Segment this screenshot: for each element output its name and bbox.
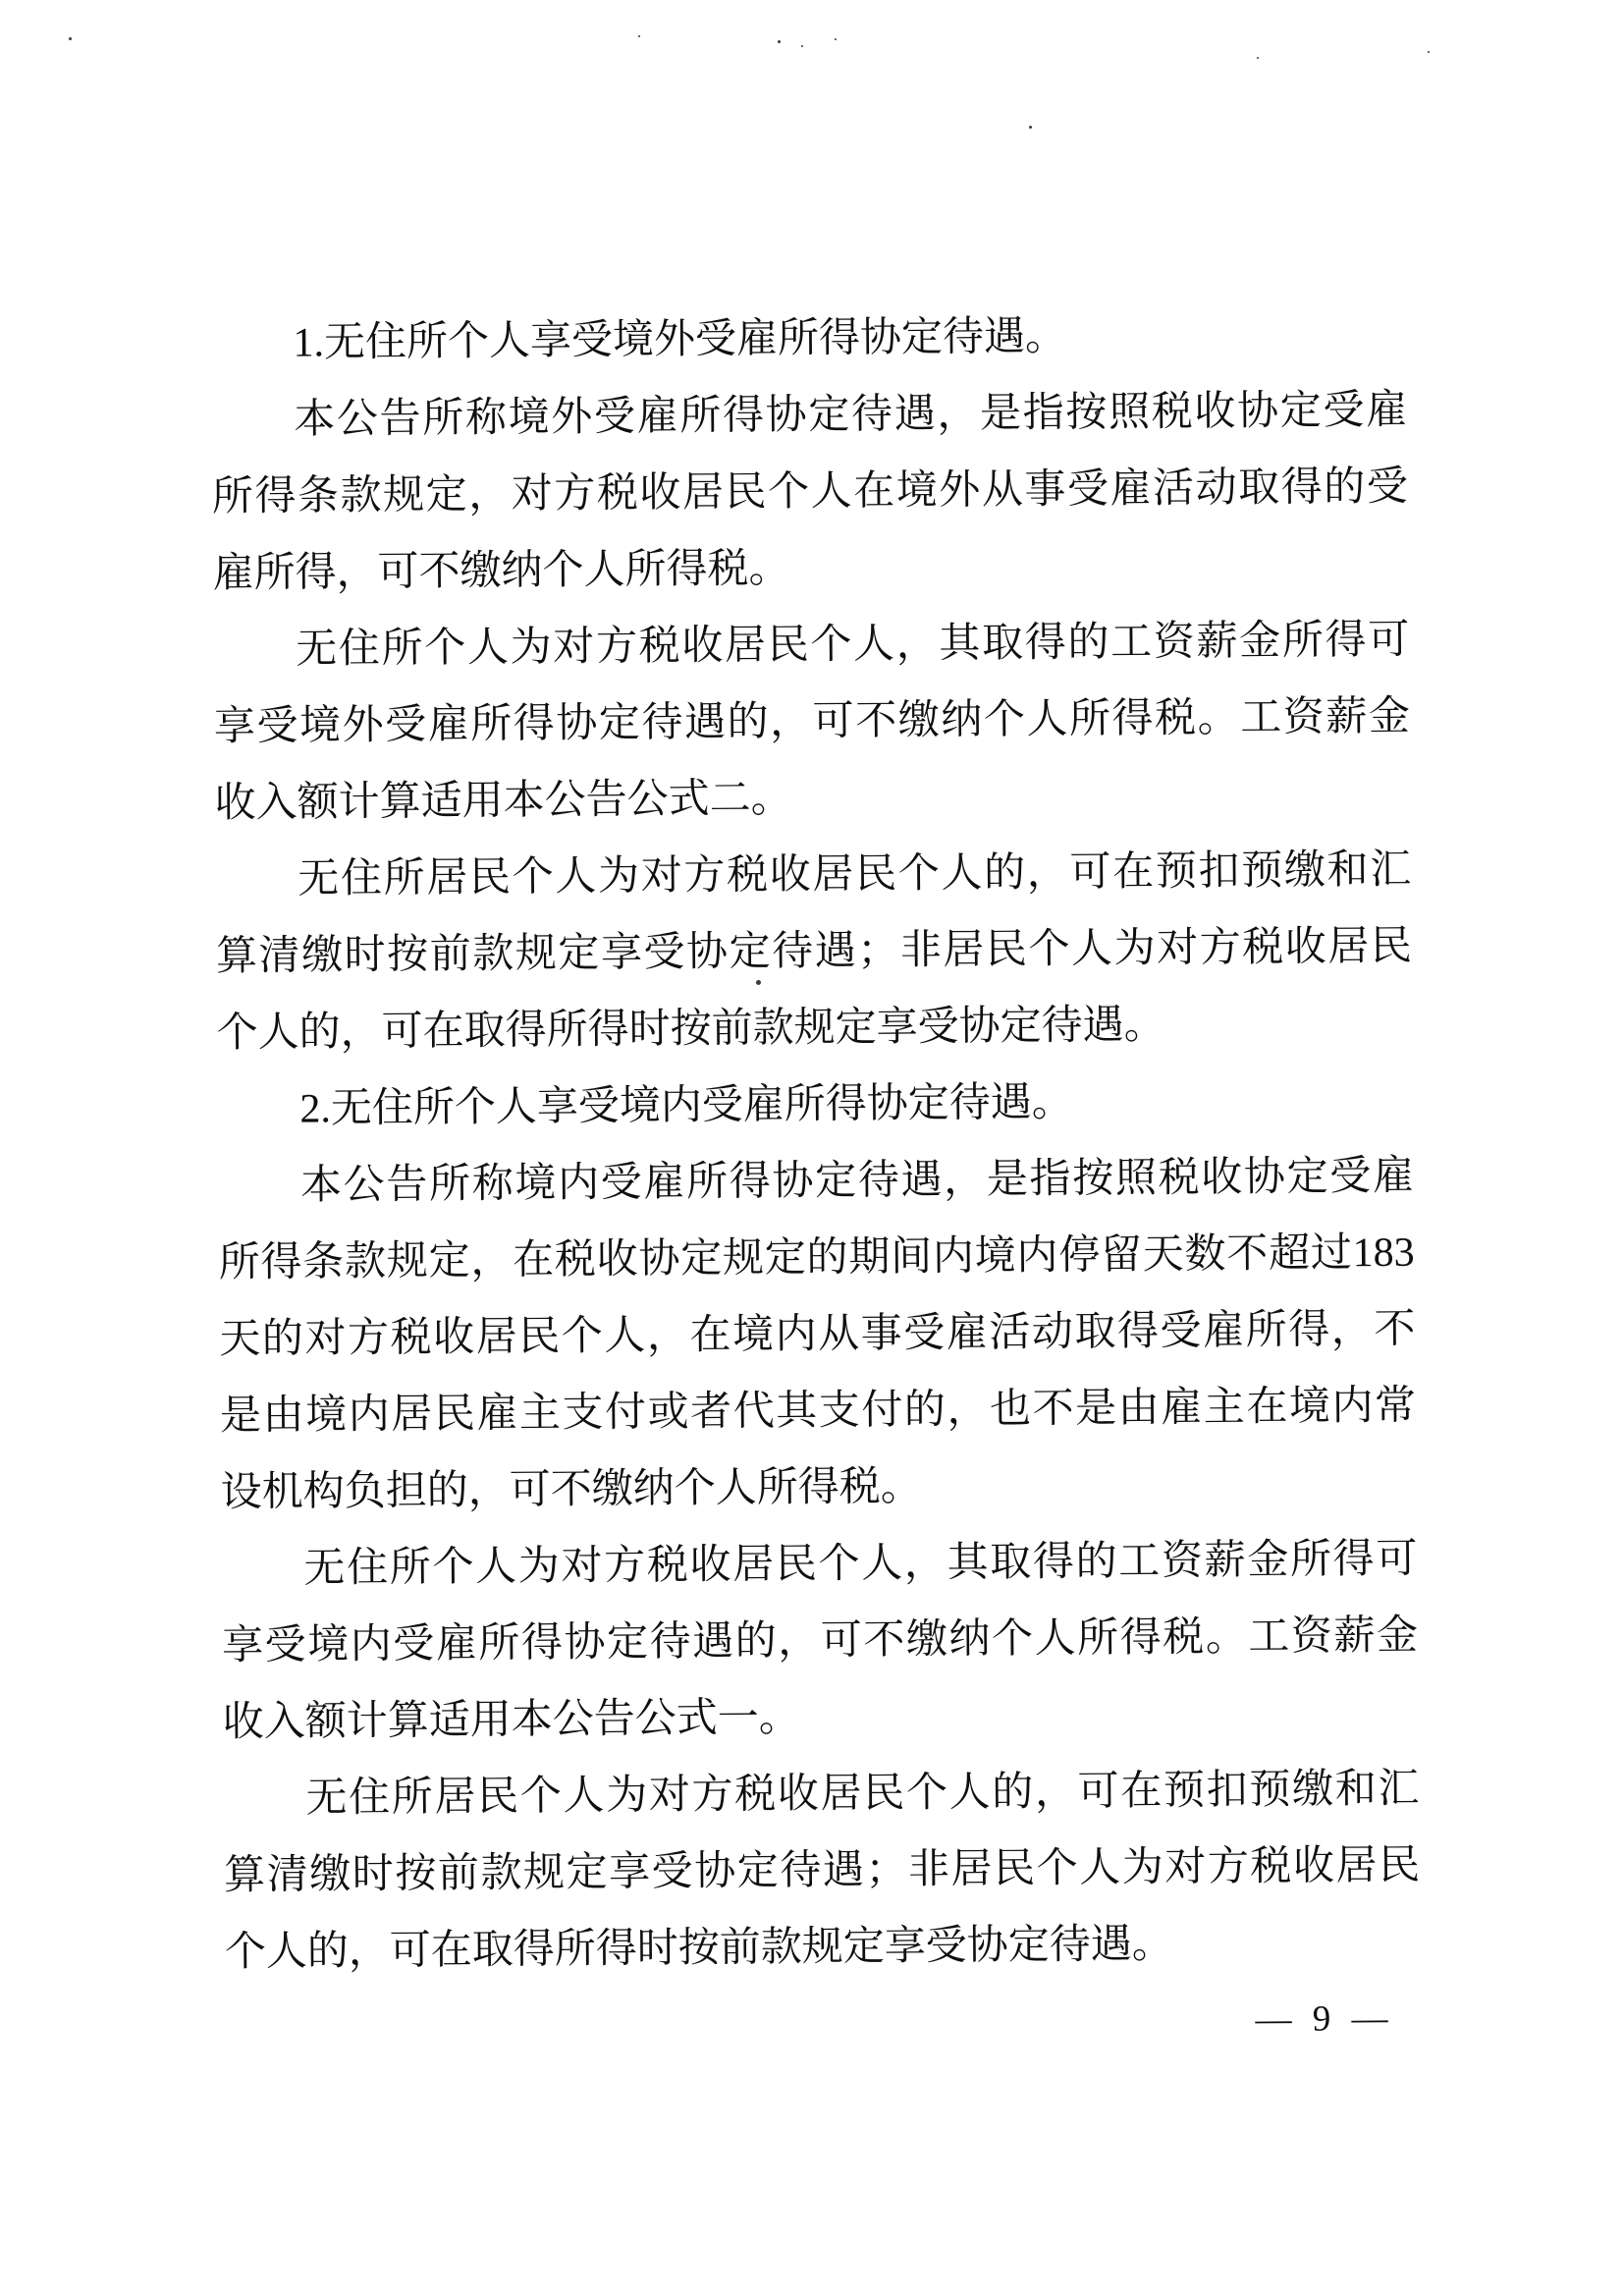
text-line-21: 算清缴时按前款规定享受协定待遇；非居民个人为对方税收居民	[224, 1828, 1421, 1915]
text-line-19: 收入额计算适用本公告公式一。	[222, 1674, 1419, 1762]
scan-speck	[835, 38, 837, 40]
text-line-20: 无住所居民个人为对方税收居民个人的，可在预扣预缴和汇	[223, 1751, 1420, 1838]
text-line-18: 享受境内受雇所得协定待遇的，可不缴纳个人所得税。工资薪金	[222, 1598, 1419, 1685]
scan-speck	[638, 35, 640, 37]
text-line-6: 享受境外受雇所得协定待遇的，可不缴纳个人所得税。工资薪金	[214, 679, 1411, 766]
text-line-17: 无住所个人为对方税收居民个人，其取得的工资薪金所得可	[221, 1521, 1418, 1609]
text-line-13: 所得条款规定，在税收协定规定的期间内境内停留天数不超过183	[218, 1215, 1415, 1302]
text-line-11: 2.无住所个人享受境内受雇所得协定待遇。	[217, 1062, 1414, 1149]
text-line-12: 本公告所称境内受雇所得协定待遇，是指按照税收协定受雇	[218, 1138, 1415, 1226]
scan-speck	[778, 40, 781, 43]
text-line-14: 天的对方税收居民个人，在境内从事受雇活动取得受雇所得，不	[219, 1291, 1416, 1379]
document-page: 1.无住所个人享受境外受雇所得协定待遇。 本公告所称境外受雇所得协定待遇，是指按…	[0, 0, 1623, 2296]
text-line-16: 设机构负担的，可不缴纳个人所得税。	[220, 1445, 1417, 1532]
scan-speck	[801, 45, 803, 47]
text-line-22: 个人的，可在取得所得时按前款规定享受协定待遇。	[224, 1904, 1421, 1992]
document-text-block: 1.无住所个人享受境外受雇所得协定待遇。 本公告所称境外受雇所得协定待遇，是指按…	[210, 296, 1422, 2068]
scan-speck	[1257, 57, 1259, 59]
scan-speck	[756, 980, 761, 985]
text-line-15: 是由境内居民雇主支付或者代其支付的，也不是由雇主在境内常	[220, 1368, 1417, 1455]
scan-speck	[1428, 51, 1430, 53]
text-line-3: 所得条款规定，对方税收居民个人在境外从事受雇活动取得的受	[212, 449, 1409, 536]
scan-speck	[1029, 126, 1032, 129]
text-line-9: 算清缴时按前款规定享受协定待遇；非居民个人为对方税收居民	[216, 908, 1413, 996]
text-line-2: 本公告所称境外受雇所得协定待遇，是指按照税收协定受雇	[211, 372, 1408, 460]
text-line-4: 雇所得，可不缴纳个人所得税。	[212, 525, 1409, 613]
text-line-8: 无住所居民个人为对方税收居民个人的，可在预扣预缴和汇	[215, 832, 1412, 919]
page-number: — 9 —	[225, 1981, 1422, 2068]
scan-speck	[1095, 410, 1100, 415]
scan-speck	[69, 37, 72, 40]
text-line-10: 个人的，可在取得所得时按前款规定享受协定待遇。	[216, 985, 1413, 1072]
text-line-7: 收入额计算适用本公告公式二。	[214, 755, 1411, 843]
text-line-1: 1.无住所个人享受境外受雇所得协定待遇。	[210, 296, 1407, 383]
text-line-5: 无住所个人为对方税收居民个人，其取得的工资薪金所得可	[213, 602, 1410, 689]
